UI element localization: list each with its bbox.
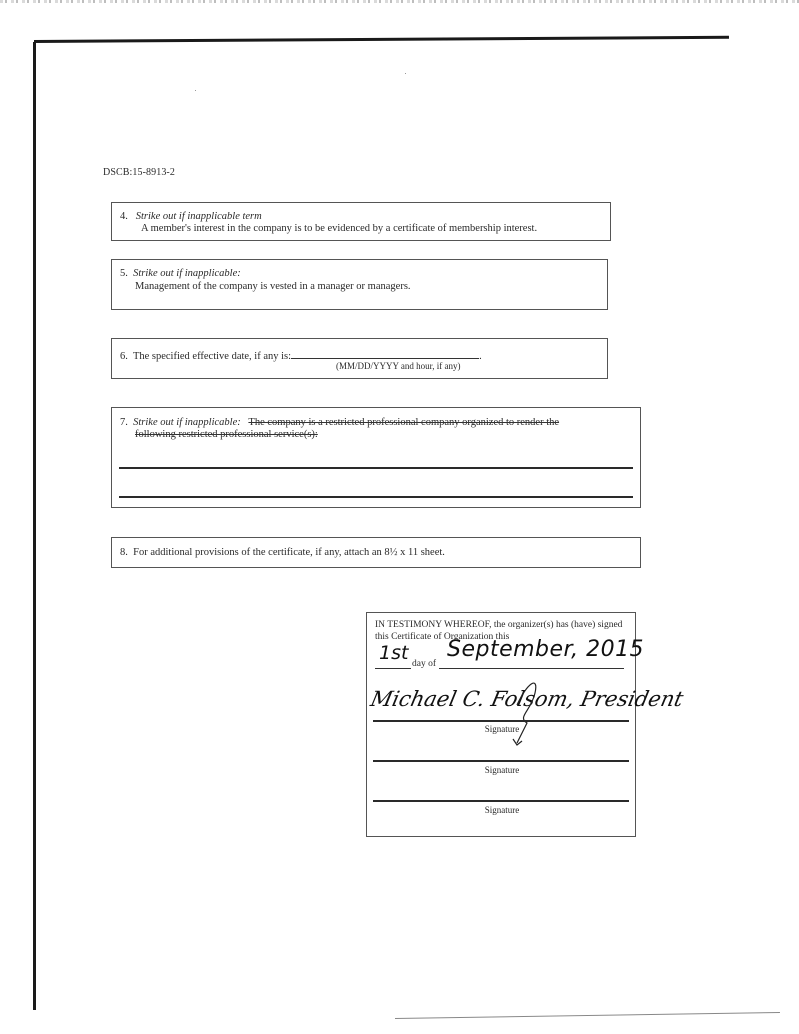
- day-field-line: [375, 668, 411, 669]
- signature-line-2[interactable]: [373, 760, 629, 762]
- section-7-struck-text-2: following restricted professional servic…: [135, 428, 318, 441]
- section-5-heading-line: 5. Strike out if inapplicable:: [120, 267, 241, 280]
- section-5-box: 5. Strike out if inapplicable: Managemen…: [111, 259, 608, 310]
- section-7-number: 7.: [120, 417, 128, 428]
- section-4-heading: Strike out if inapplicable term: [136, 211, 262, 222]
- page-border-top: [34, 36, 729, 43]
- section-4-text[interactable]: A member's interest in the company is to…: [141, 222, 537, 235]
- document-id: DSCB:15-8913-2: [103, 167, 175, 178]
- execution-date-row: 1st day of September, 2015: [373, 646, 631, 672]
- section-8-box: 8. For additional provisions of the cert…: [111, 537, 641, 568]
- signature-label-2: Signature: [367, 764, 637, 776]
- effective-date-field[interactable]: [291, 348, 479, 359]
- signature-block: IN TESTIMONY WHEREOF, the organizer(s) h…: [366, 612, 636, 837]
- professional-services-field-1[interactable]: [119, 467, 633, 469]
- signature-line-3[interactable]: [373, 800, 629, 802]
- section-6-box: 6. The specified effective date, if any …: [111, 338, 608, 379]
- signature-line-1: [373, 720, 629, 722]
- section-5-text[interactable]: Management of the company is vested in a…: [135, 280, 411, 293]
- section-4-box: 4. Strike out if inapplicable term A mem…: [111, 202, 611, 241]
- section-7-heading: Strike out if inapplicable:: [133, 417, 241, 428]
- page-border-left: [33, 42, 36, 1010]
- section-6-suffix: .: [479, 351, 482, 362]
- section-5-heading: Strike out if inapplicable:: [133, 268, 241, 279]
- section-5-number: 5.: [120, 268, 128, 279]
- day-field[interactable]: 1st: [379, 647, 408, 659]
- day-of-label: day of: [412, 658, 436, 670]
- section-7-struck-text-1: The company is a restricted professional…: [248, 417, 559, 428]
- section-6-label: The specified effective date, if any is:: [133, 351, 291, 362]
- section-6-number: 6.: [120, 351, 128, 362]
- page-border-bottom: [395, 1012, 780, 1019]
- signature-1-field[interactable]: Michael C. Folsom, President: [370, 693, 684, 705]
- scan-speck: [195, 90, 196, 91]
- section-7-box: 7. Strike out if inapplicable: The compa…: [111, 407, 641, 508]
- professional-services-field-2[interactable]: [119, 496, 633, 498]
- effective-date-format-hint: (MM/DD/YYYY and hour, if any): [336, 360, 461, 373]
- month-year-field-line: [439, 668, 624, 669]
- scan-speck: [405, 73, 406, 74]
- scan-artifact-top: [0, 0, 799, 3]
- section-8-text: For additional provisions of the certifi…: [133, 547, 445, 558]
- section-8-number: 8.: [120, 547, 128, 558]
- month-year-field[interactable]: September, 2015: [447, 644, 644, 656]
- signature-label-3: Signature: [367, 804, 637, 816]
- signature-label-1: Signature: [367, 723, 637, 735]
- section-4-number: 4.: [120, 211, 128, 222]
- section-8-line: 8. For additional provisions of the cert…: [120, 546, 445, 559]
